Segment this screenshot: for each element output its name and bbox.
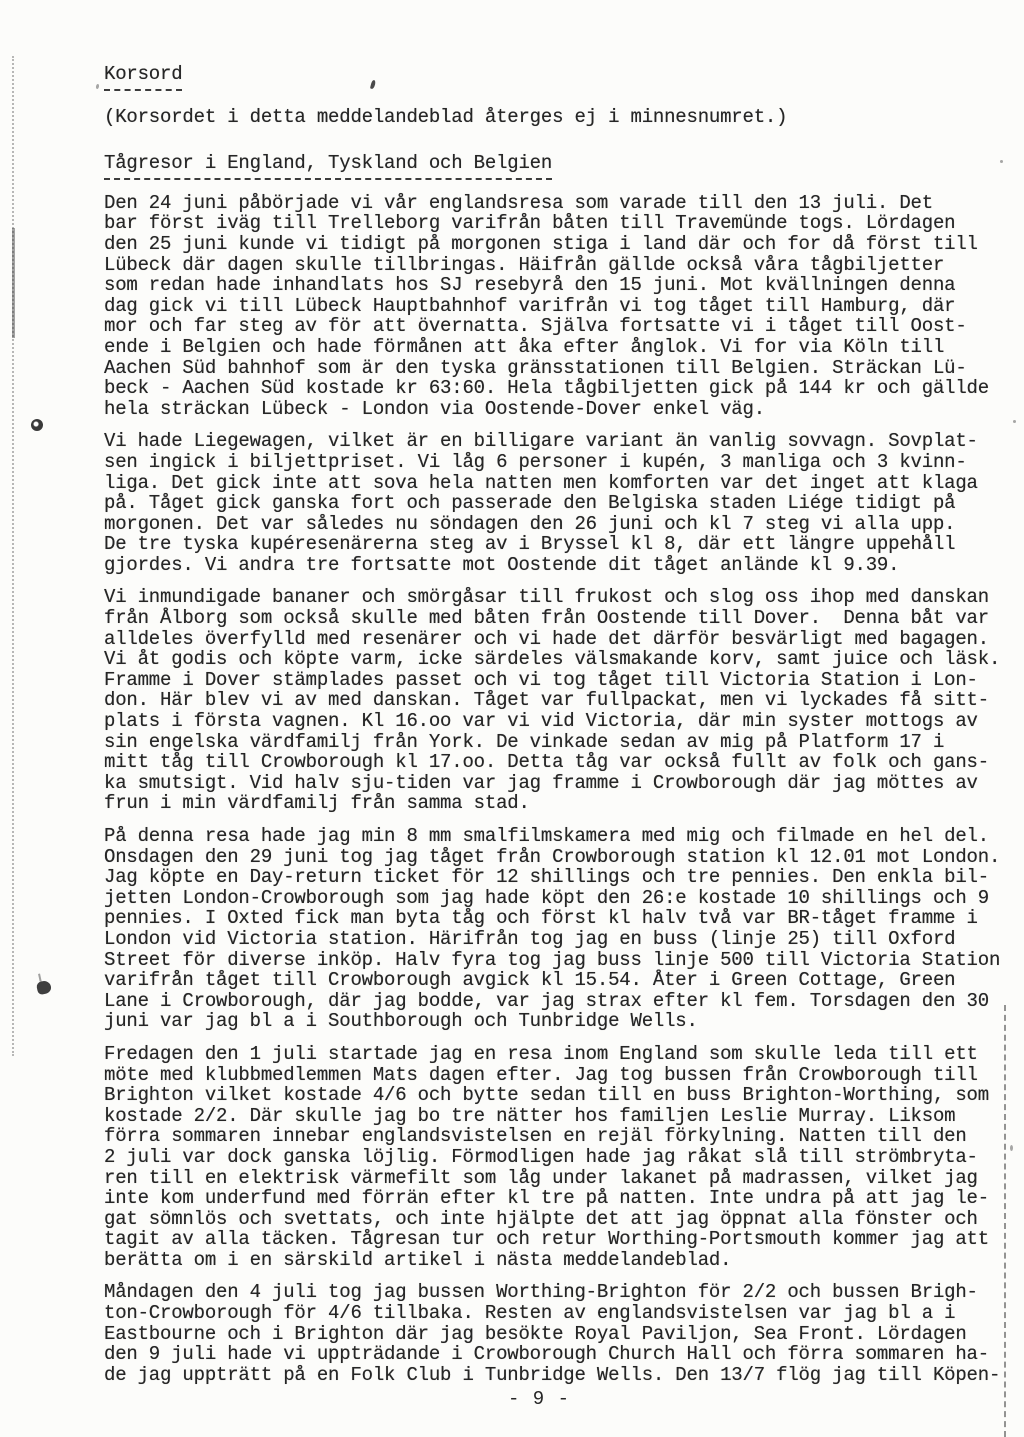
scanned-document-page: Korsord (Korsordet i detta meddelandebla… — [0, 0, 1024, 1437]
paragraph-london-daytrip: På denna resa hade jag min 8 mm smalfilm… — [104, 826, 1024, 1032]
section-heading-korsord: Korsord — [104, 64, 182, 91]
article-title-tagresor: Tågresor i England, Tyskland och Belgien — [104, 153, 552, 180]
page-number: - 9 - — [508, 1388, 570, 1410]
scan-edge-line-right — [1004, 1005, 1006, 1437]
scan-speck — [1010, 1145, 1013, 1151]
paragraph-brighton-trip: Fredagen den 1 juli startade jag en resa… — [104, 1044, 1024, 1271]
scan-speck — [1013, 420, 1016, 423]
paragraph-ferry-to-dover: Vi inmundigade bananer och smörgåsar til… — [104, 587, 1024, 814]
paragraph-journey-start: Den 24 juni påbörjade vi vår englandsres… — [104, 193, 1024, 420]
ink-blot — [31, 419, 43, 431]
scan-speck — [96, 84, 100, 90]
scan-edge-line-left-dark — [12, 228, 15, 338]
crossword-note: (Korsordet i detta meddelandeblad återge… — [104, 107, 1024, 128]
ink-blot — [36, 980, 52, 996]
paragraph-liegewagen: Vi hade Liegewagen, vilket är en billiga… — [104, 431, 1024, 575]
scan-edge-line-left — [12, 56, 14, 1056]
scan-speck — [1000, 160, 1003, 163]
paragraph-return-journey: Måndagen den 4 juli tog jag bussen Worth… — [104, 1282, 1024, 1385]
